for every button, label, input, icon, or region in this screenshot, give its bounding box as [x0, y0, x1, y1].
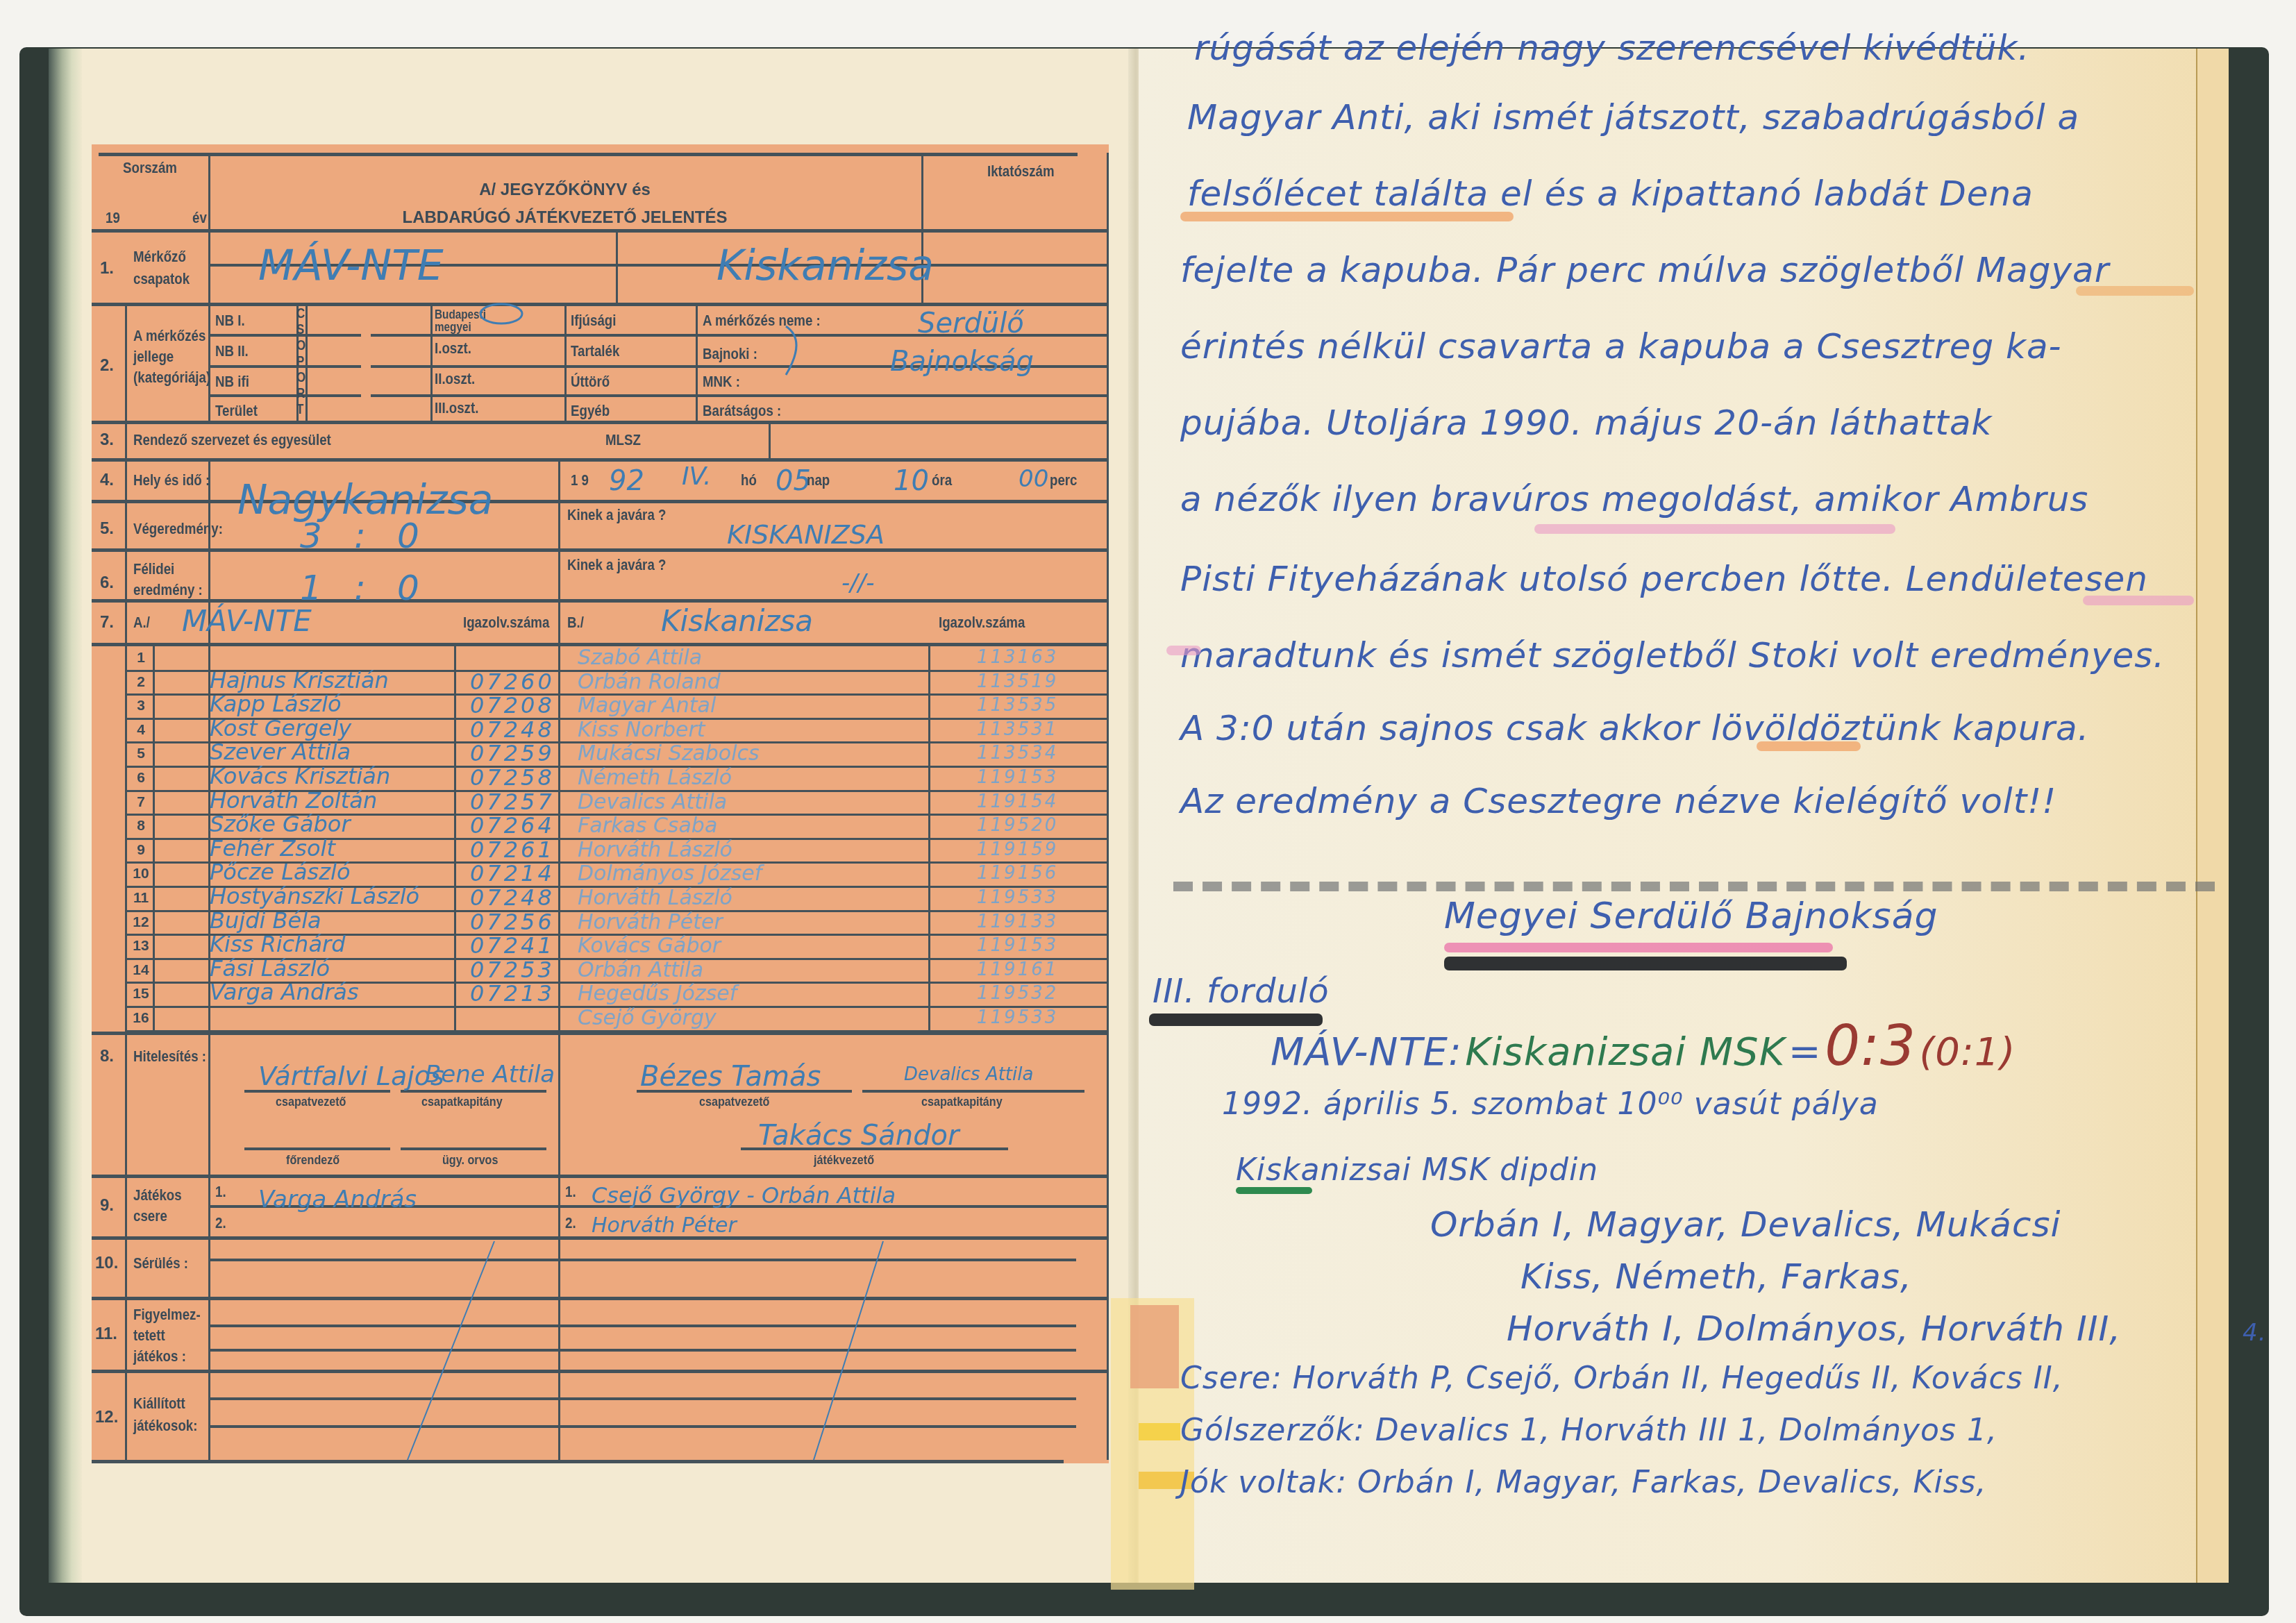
- final-score: 0:3: [1825, 1014, 1916, 1078]
- green-underline: [1236, 1187, 1312, 1194]
- lineup-label: dipdin: [1500, 1152, 1598, 1188]
- journal-text-line: fejelte a kapuba. Pár perc múlva szöglet…: [1180, 250, 2109, 290]
- black-underline: [1444, 957, 1847, 970]
- journal-text-line: Pisti Fityeházának utolsó percben lőtte.…: [1180, 559, 2148, 599]
- match-date-line: 1992. április 5. szombat 10⁰⁰ vasút pály…: [1222, 1086, 1879, 1122]
- away-team: Kiskanizsai MSK: [1465, 1029, 1785, 1075]
- journal-text-line: érintés nélkül csavarta a kapuba a Csesz…: [1180, 326, 2062, 367]
- pink-highlight: [1166, 646, 1201, 655]
- torn-form-scrap: [1130, 1305, 1179, 1388]
- journal-text-line: Magyar Anti, aki ismét játszott, szabadr…: [1187, 97, 2079, 137]
- scorers-line: Gólszerzők: Devalics 1, Horváth III 1, D…: [1180, 1413, 1997, 1448]
- lineup-line: Horváth I, Dolmányos, Horváth III,: [1507, 1309, 2121, 1349]
- journal-text-line: felsőlécet találta el és a kipattanó lab…: [1187, 174, 2034, 214]
- lineup-line: Orbán I, Magyar, Devalics, Mukácsi: [1430, 1204, 2061, 1245]
- journal-text-line: A 3:0 után sajnos csak akkor lövöldöztün…: [1180, 708, 2089, 748]
- journal-text-line: pujába. Utoljára 1990. május 20-án látha…: [1180, 403, 1993, 443]
- pink-highlight: [1534, 524, 1895, 534]
- page-stack-edge: [49, 49, 82, 1583]
- journal-text-line: a nézők ilyen bravúros megoldást, amikor…: [1180, 479, 2088, 519]
- orange-highlight: [2076, 286, 2194, 296]
- match-result-line: MÁV-NTE: Kiskanizsai MSK = 0:3 (0:1): [1271, 1014, 2016, 1078]
- section-title: Megyei Serdülő Bajnokság: [1444, 895, 1938, 937]
- lineup-team: Kiskanizsai MSK: [1236, 1152, 1490, 1188]
- equals-sign: =: [1788, 1029, 1822, 1075]
- margin-mark: 4.: [2243, 1319, 2266, 1347]
- round-label: III. forduló: [1153, 972, 1330, 1011]
- journal-text-line: rúgását az elején nagy szerencsével kivé…: [1194, 28, 2029, 68]
- pink-underline: [1444, 943, 1833, 952]
- journal-text-line: Az eredmény a Csesztegre nézve kielégítő…: [1180, 781, 2056, 821]
- strike-through-lines: [92, 144, 1109, 1463]
- home-team: MÁV-NTE: [1271, 1029, 1448, 1075]
- journal-text-line: maradtunk és ismét szögletből Stoki volt…: [1180, 635, 2165, 675]
- orange-highlight: [1180, 212, 1514, 221]
- orange-highlight: [1757, 741, 1861, 751]
- pink-highlight: [2083, 596, 2194, 605]
- best-players-line: Jók voltak: Orbán I, Magyar, Farkas, Dev…: [1180, 1465, 1986, 1500]
- page-stack-edge-right: [2196, 49, 2229, 1583]
- substitutes-line: Csere: Horváth P, Csejő, Orbán II, Heged…: [1180, 1361, 2063, 1396]
- halftime-score: (0:1): [1919, 1029, 2016, 1075]
- match-report-form: Sorszám 19 év A/ JEGYZŐKÖNYV és LABDARÚG…: [92, 144, 1109, 1463]
- lineup-line: Kiss, Németh, Farkas,: [1520, 1256, 1912, 1297]
- yellow-highlight: [1139, 1423, 1180, 1440]
